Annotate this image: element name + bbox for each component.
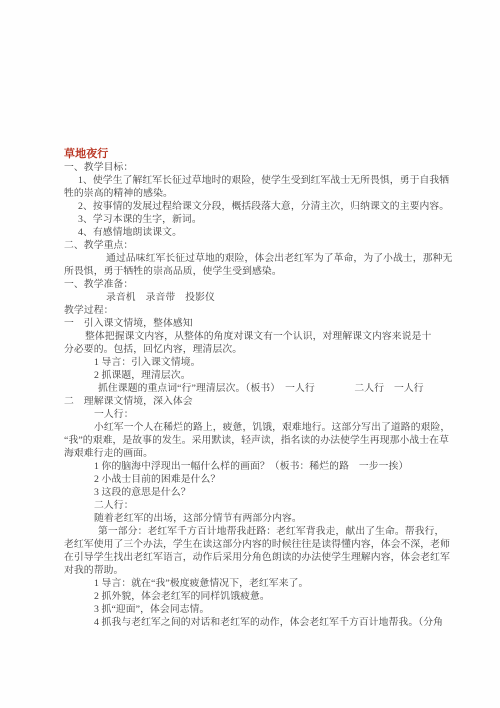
document-line: 对我的帮助。 (64, 564, 446, 577)
document-line: 一 引入课文情境，整体感知 (64, 317, 446, 330)
document-line: 录音机 录音带 投影仪 (64, 291, 446, 304)
document-line: 通过品味红军长征过草地的艰险，体会出老红军为了革命，为了小战士，那种无 (64, 252, 446, 265)
document-line: 二人行： (64, 499, 446, 512)
document-line: 二 理解课文情境，深入体会 (64, 395, 446, 408)
document-line: 4 抓我与老红军之间的对话和老红军的动作，体会老红军千方百计地帮我。（分角 (64, 616, 446, 629)
document-line: 4、有感情地朗读课文。 (64, 226, 446, 239)
document-line: 分必要的。包括，回忆内容，理清层次。 (64, 343, 446, 356)
document-line: 所畏惧，勇于牺牲的崇高品质，使学生受到感染。 (64, 265, 446, 278)
document-page: 草地夜行一、教学目标：1、使学生了解红军长征过草地时的艰险，使学生受到红军战士无… (0, 0, 500, 708)
document-line: 二、教学重点： (64, 239, 446, 252)
document-line: 一、教学准备： (64, 278, 446, 291)
document-line: 2 小战士目前的困难是什么？ (64, 473, 446, 486)
document-line: 教学过程： (64, 304, 446, 317)
document-line: 1 导言：引入课文情境。 (64, 356, 446, 369)
document-line: 海艰难行走的画面。 (64, 447, 446, 460)
document-line: 一人行： (64, 408, 446, 421)
document-line: 1、使学生了解红军长征过草地时的艰险，使学生受到红军战士无所畏惧，勇于自我牺 (64, 174, 446, 187)
document-line: 3、学习本课的生字，新词。 (64, 213, 446, 226)
document-line: 一、教学目标： (64, 161, 446, 174)
document-line: 在引导学生找出老红军语言，动作后采用分角色朗读的办法使学生理解内容，体会老红军 (64, 551, 446, 564)
document-line: 整体把握课文内容，从整体的角度对课文有一个认识，对理解课文内容来说是十 (64, 330, 446, 343)
document-title: 草地夜行 (64, 148, 446, 161)
document-body: 草地夜行一、教学目标：1、使学生了解红军长征过草地时的艰险，使学生受到红军战士无… (64, 148, 446, 629)
document-line: 牲的崇高的精神的感染。 (64, 187, 446, 200)
document-line: 1 你的脑海中浮现出一幅什么样的画面？（板书：稀烂的路 一步一挨） (64, 460, 446, 473)
document-line: 小红军一个人在稀烂的路上，疲惫，饥饿，艰难地行。这部分写出了道路的艰险， (64, 421, 446, 434)
document-line: 随着老红军的出场，这部分情节有两部分内容。 (64, 512, 446, 525)
document-line: 第一部分：老红军千方百计地帮我赶路：老红军背我走，献出了生命。帮我行， (64, 525, 446, 538)
document-line: 2、按事情的发展过程给课文分段，概括段落大意，分清主次，归纳课文的主要内容。 (64, 200, 446, 213)
document-line: 老红军使用了三个办法，学生在读这部分内容的时候往往是读得懂内容，体会不深，老师 (64, 538, 446, 551)
document-line: 2 抓课题，理清层次。 (64, 369, 446, 382)
document-line: 1 导言：就在“我”极度疲惫情况下，老红军来了。 (64, 577, 446, 590)
document-line: 2 抓外貌，体会老红军的同样饥饿疲惫。 (64, 590, 446, 603)
document-line: 抓住课题的重点词“行”理清层次。（板书） 一人行 二人行 一人行 (64, 382, 446, 395)
document-line: 3 抓“迎面”，体会同志情。 (64, 603, 446, 616)
document-line: “我”的艰难，是故事的发生。采用默读，轻声读，指名读的办法使学生再现那小战士在草 (64, 434, 446, 447)
document-line: 3 这段的意思是什么？ (64, 486, 446, 499)
